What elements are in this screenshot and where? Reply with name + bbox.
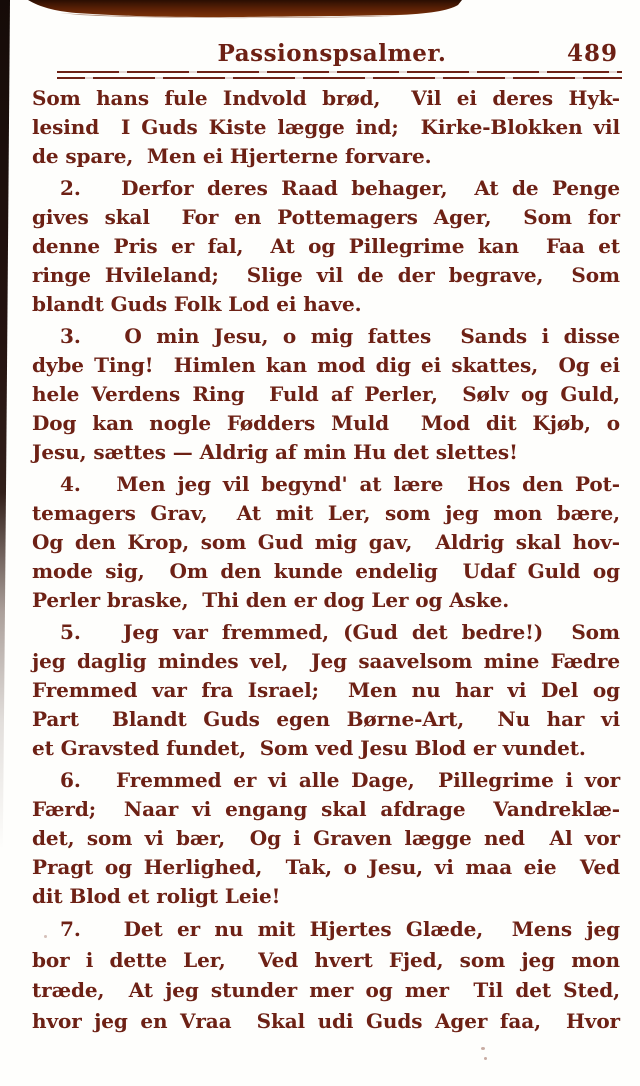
- ink-smudge: [0, 0, 640, 26]
- verse-line: denne Pris er fal, At og Pillegrime kan …: [32, 232, 620, 261]
- print-speck: [437, 842, 440, 845]
- verse-line: Perler braske, Thi den er dog Ler og Ask…: [32, 586, 620, 615]
- print-speck: [484, 1057, 487, 1060]
- verse-line: bor i dette Ler, Ved hvert Fjed, som jeg…: [32, 945, 620, 976]
- verse-line: Færd; Naar vi engang skal afdrage Vandre…: [32, 795, 620, 824]
- verse-paragraph-7: 7. Det er nu mit Hjertes Glæde, Mens jeg…: [32, 914, 620, 1036]
- verse-line: lesind I Guds Kiste lægge ind; Kirke-Blo…: [32, 113, 620, 142]
- verse-line: mode sig, Om den kunde endelig Udaf Guld…: [32, 557, 620, 586]
- page-header: Passionspsalmer. 489: [32, 40, 620, 70]
- verse-line: 7. Det er nu mit Hjertes Glæde, Mens jeg: [32, 914, 620, 945]
- verse-line: gives skal For en Pottemagers Ager, Som …: [32, 203, 620, 232]
- verse-line: Dog kan nogle Fødders Muld Mod dit Kjøb,…: [32, 409, 620, 438]
- verse-line: træde, At jeg stunder mer og mer Til det…: [32, 975, 620, 1006]
- print-speck: [44, 935, 47, 938]
- page-number: 489: [567, 40, 618, 67]
- verse-paragraph-5: 5. Jeg var fremmed, (Gud det bedre!) Som…: [32, 618, 620, 763]
- verse-line: jeg daglig mindes vel, Jeg saavelsom min…: [32, 647, 620, 676]
- verse-line: 4. Men jeg vil begynd' at lære Hos den P…: [32, 470, 620, 499]
- header-rule-bottom: [57, 77, 622, 79]
- binding-edge-shadow: [0, 0, 10, 850]
- verse-line: Part Blandt Guds egen Børne-Art, Nu har …: [32, 705, 620, 734]
- verse-line: dybe Ting! Himlen kan mod dig ei skattes…: [32, 351, 620, 380]
- verse-line: de spare, Men ei Hjerterne forvare.: [32, 142, 620, 171]
- verse-line: det, som vi bær, Og i Graven lægge ned A…: [32, 824, 620, 853]
- verse-line: dit Blod et roligt Leie!: [32, 882, 620, 911]
- verse-line: Pragt og Herlighed, Tak, o Jesu, vi maa …: [32, 853, 620, 882]
- verse-paragraph-continuation: Som hans fule Indvold brød, Vil ei deres…: [32, 84, 620, 171]
- verse-line: Og den Krop, som Gud mig gav, Aldrig ska…: [32, 528, 620, 557]
- verse-line: Fremmed var fra Israel; Men nu har vi De…: [32, 676, 620, 705]
- verse-line: Jesu, sættes — Aldrig af min Hu det slet…: [32, 438, 620, 467]
- verse-line: hvor jeg en Vraa Skal udi Guds Ager faa,…: [32, 1006, 620, 1037]
- verse-line: ringe Hvileland; Slige vil de der begrav…: [32, 261, 620, 290]
- verse-paragraph-2: 2. Derfor deres Raad behager, At de Peng…: [32, 174, 620, 319]
- verse-paragraph-6: 6. Fremmed er vi alle Dage, Pillegrime i…: [32, 766, 620, 911]
- paper-page: Passionspsalmer. 489 Som hans fule Indvo…: [0, 0, 640, 1086]
- verse-line: 2. Derfor deres Raad behager, At de Peng…: [32, 174, 620, 203]
- verse-line: temagers Grav, At mit Ler, som jeg mon b…: [32, 499, 620, 528]
- verse-line: blandt Guds Folk Lod ei have.: [32, 290, 620, 319]
- verse-line: 6. Fremmed er vi alle Dage, Pillegrime i…: [32, 766, 620, 795]
- verse-line: Som hans fule Indvold brød, Vil ei deres…: [32, 84, 620, 113]
- verse-line: 5. Jeg var fremmed, (Gud det bedre!) Som: [32, 618, 620, 647]
- verse-line: hele Verdens Ring Fuld af Perler, Sølv o…: [32, 380, 620, 409]
- hymn-text: Som hans fule Indvold brød, Vil ei deres…: [32, 84, 620, 1036]
- verse-paragraph-3: 3. O min Jesu, o mig fattes Sands i diss…: [32, 322, 620, 467]
- header-rule-top: [57, 71, 622, 73]
- section-title: Passionspsalmer.: [218, 40, 447, 67]
- verse-paragraph-4: 4. Men jeg vil begynd' at lære Hos den P…: [32, 470, 620, 615]
- print-speck: [481, 1047, 485, 1050]
- verse-line: 3. O min Jesu, o mig fattes Sands i diss…: [32, 322, 620, 351]
- verse-line: et Gravsted fundet, Som ved Jesu Blod er…: [32, 734, 620, 763]
